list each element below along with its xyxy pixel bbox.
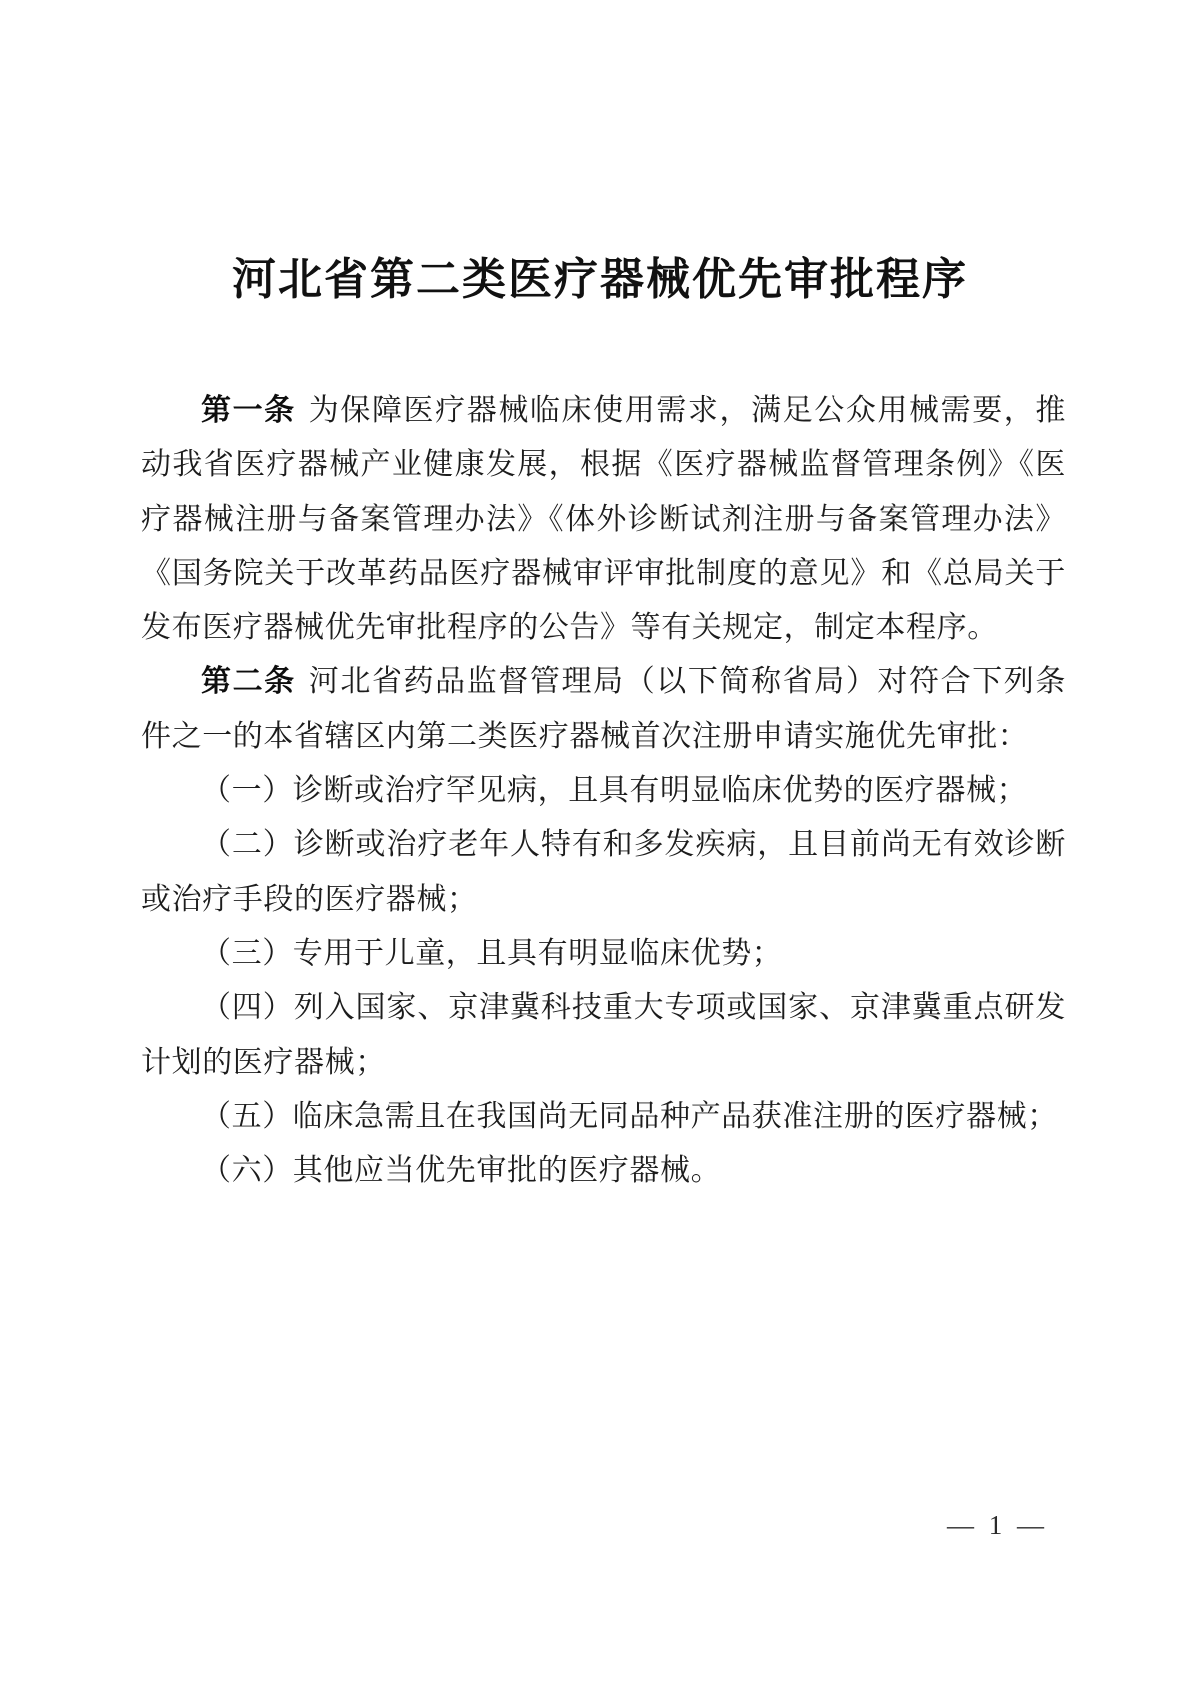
- document-title: 河北省第二类医疗器械优先审批程序: [0, 243, 1200, 307]
- paragraph-article-2: 第二条河北省药品监督管理局（以下简称省局）对符合下列条件之一的本省辖区内第二类医…: [141, 655, 1066, 764]
- document-body: 第一条为保障医疗器械临床使用需求，满足公众用械需要，推动我省医疗器械产业健康发展…: [141, 384, 1066, 1198]
- document-page: 河北省第二类医疗器械优先审批程序 第一条为保障医疗器械临床使用需求，满足公众用械…: [0, 0, 1200, 1696]
- list-item-2: （二）诊断或治疗老年人特有和多发疾病，且目前尚无有效诊断或治疗手段的医疗器械；: [141, 818, 1066, 927]
- list-item-4: （四）列入国家、京津冀科技重大专项或国家、京津冀重点研发计划的医疗器械；: [141, 981, 1066, 1090]
- page-number: — 1 —: [947, 1510, 1048, 1541]
- article-1-number-label: 第一条: [201, 394, 296, 427]
- list-item-1: （一）诊断或治疗罕见病，且具有明显临床优势的医疗器械；: [141, 764, 1066, 818]
- list-item-5: （五）临床急需且在我国尚无同品种产品获准注册的医疗器械；: [141, 1090, 1066, 1144]
- list-item-6: （六）其他应当优先审批的医疗器械。: [141, 1144, 1066, 1198]
- article-2-number-label: 第二条: [201, 665, 296, 698]
- paragraph-article-1: 第一条为保障医疗器械临床使用需求，满足公众用械需要，推动我省医疗器械产业健康发展…: [141, 384, 1066, 655]
- list-item-3: （三）专用于儿童，且具有明显临床优势；: [141, 927, 1066, 981]
- article-1-text: 为保障医疗器械临床使用需求，满足公众用械需要，推动我省医疗器械产业健康发展，根据…: [141, 394, 1066, 644]
